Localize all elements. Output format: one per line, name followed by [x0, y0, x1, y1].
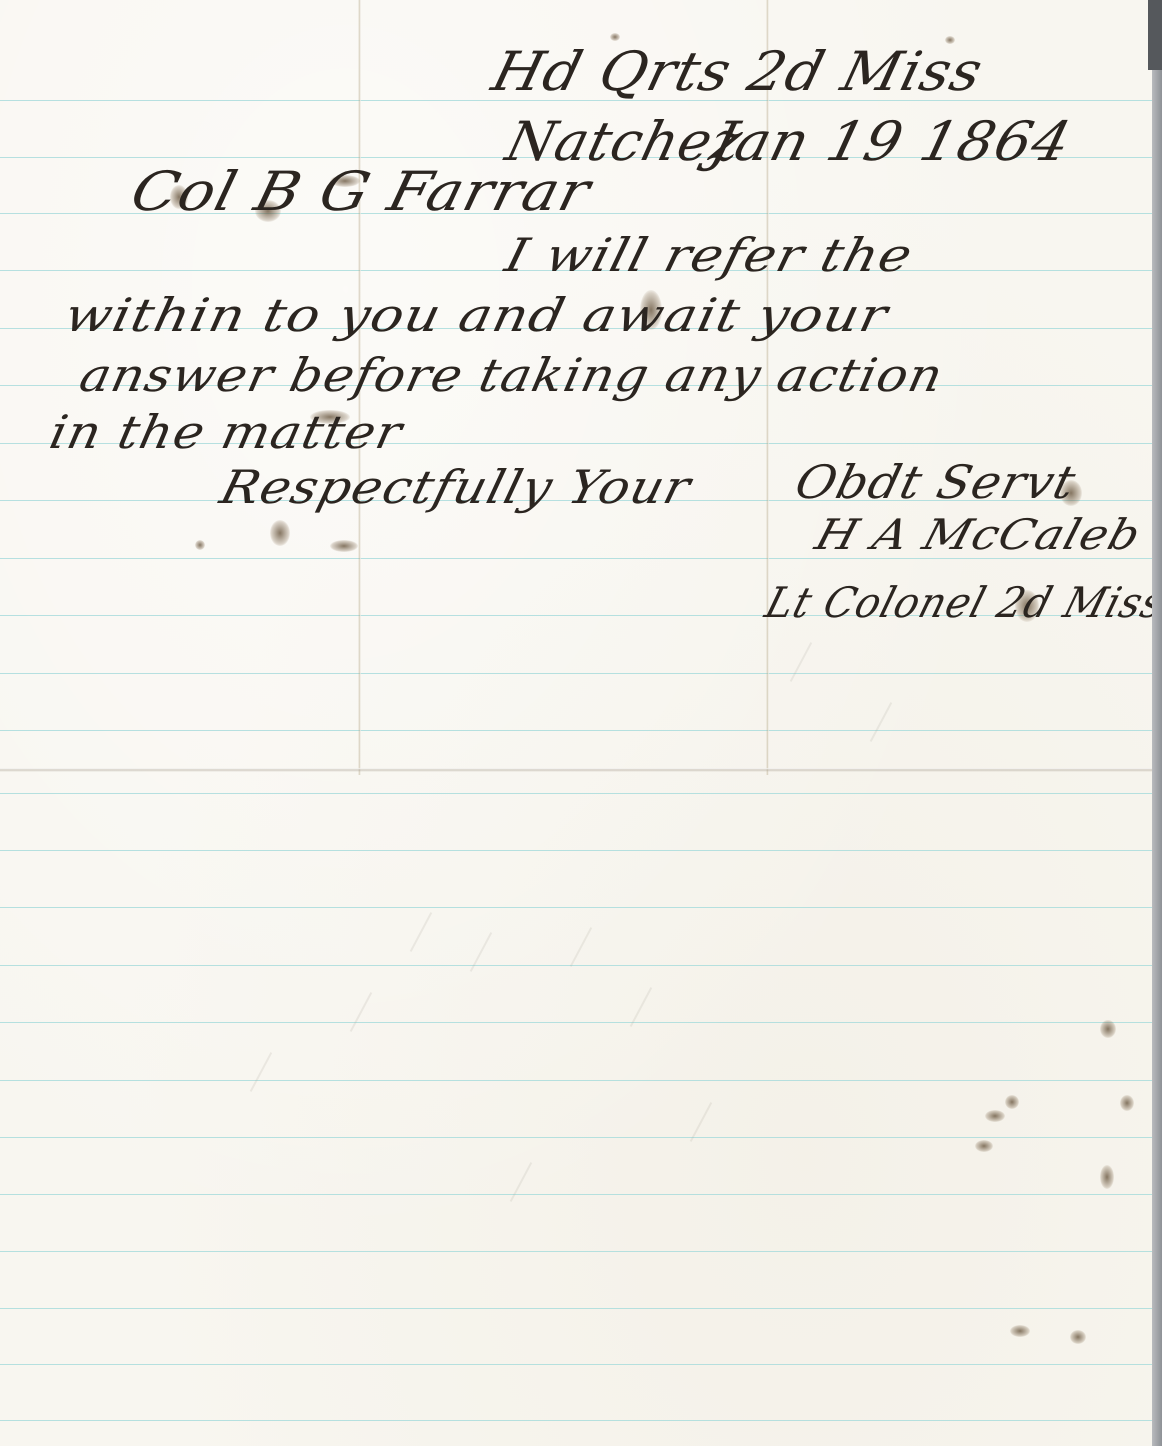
bleed-through-mark [410, 912, 432, 952]
bleed-through-mark [350, 992, 372, 1032]
ruled-line [0, 1194, 1152, 1195]
ruled-line [0, 1364, 1152, 1365]
letter-heading-headquarters: Hd Qrts 2d Miss [486, 40, 989, 103]
ruled-line [0, 1420, 1152, 1421]
bleed-through-mark [790, 642, 812, 682]
ruled-line [0, 907, 1152, 908]
bleed-through-mark [570, 927, 592, 967]
ruled-line [0, 673, 1152, 674]
ink-stain [330, 540, 358, 552]
ink-stain [1120, 1095, 1134, 1111]
signature-name: H A McCaleb [810, 510, 1147, 559]
ink-stain [270, 520, 290, 546]
ink-stain [1010, 1325, 1030, 1337]
letter-page: Hd Qrts 2d Miss Natchez Jan 19 1864 Col … [0, 0, 1152, 1446]
bleed-through-mark [250, 1052, 272, 1092]
ruled-line [0, 850, 1152, 851]
ruled-line [0, 1308, 1152, 1309]
ruled-line [0, 1080, 1152, 1081]
ink-stain [1070, 1330, 1086, 1344]
ruled-line [0, 1137, 1152, 1138]
bleed-through-mark [630, 987, 652, 1027]
ink-stain [1005, 1095, 1019, 1109]
bleed-through-mark [870, 702, 892, 742]
letter-body-line-2: within to you and await your [60, 288, 893, 342]
letter-closing-right: Obdt Servt [790, 455, 1082, 509]
letter-closing-left: Respectfully Your [215, 460, 697, 514]
scan-background-edge [1152, 0, 1162, 1446]
ruled-line [0, 1251, 1152, 1252]
ink-stain [195, 540, 205, 550]
letter-heading-date: Jan 19 1864 [705, 110, 1078, 173]
ruled-line [0, 793, 1152, 794]
bleed-through-mark [690, 1102, 712, 1142]
letter-body-line-3: answer before taking any action [75, 348, 948, 402]
ruled-line [0, 730, 1152, 731]
signature-title: Lt Colonel 2d Miss [760, 578, 1152, 627]
ruled-line [0, 965, 1152, 966]
letter-body-line-1: I will refer the [500, 228, 919, 282]
letter-body-line-4: in the matter [45, 405, 408, 459]
fold-crease-horizontal [0, 768, 1152, 772]
scan-background-corner [1148, 0, 1162, 70]
letter-salutation: Col B G Farrar [125, 160, 597, 223]
ink-stain [1100, 1165, 1114, 1189]
ink-stain [985, 1110, 1005, 1122]
ink-stain [975, 1140, 993, 1152]
ruled-line [0, 1022, 1152, 1023]
bleed-through-mark [510, 1162, 532, 1202]
ink-stain [1100, 1020, 1116, 1038]
